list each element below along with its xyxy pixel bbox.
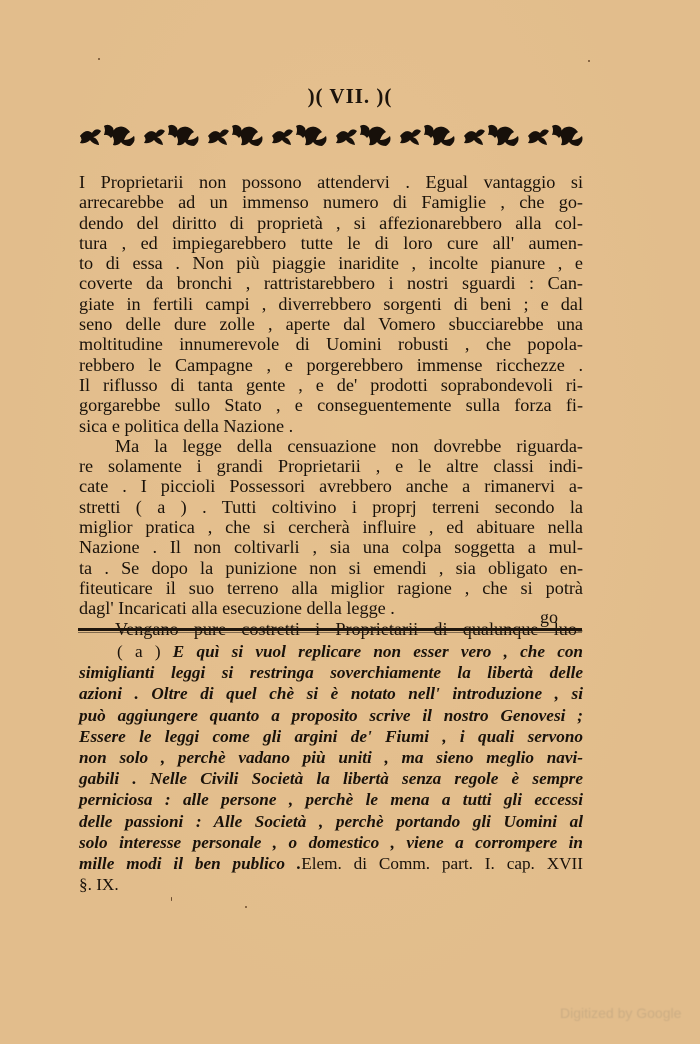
text-line: coverte da bronchi , rattristarebbero i … <box>79 273 583 293</box>
text-line: miglior pratica , che si cercherà influi… <box>79 517 583 537</box>
text-line: giate in fertili campi , diverrebbero so… <box>79 294 583 314</box>
book-page: )( VII. )( I Proprietarii non possono at… <box>0 0 700 1044</box>
footnote-line-with-citation: mille modi il ben publico .Elem. di Comm… <box>79 853 583 874</box>
main-text: I Proprietarii non possono attendervi . … <box>79 172 583 639</box>
footnote-citation: Elem. di Comm. part. I. cap. XVII <box>301 854 583 873</box>
text-line: seno delle dure zolle , aperte dal Vomer… <box>79 314 583 334</box>
text-line: gorgarebbe sullo Stato , e conseguenteme… <box>79 395 583 415</box>
page-number-header: )( VII. )( <box>0 84 700 109</box>
text-line: dendo del diritto di proprietà , si affe… <box>79 213 583 233</box>
paper-speck <box>171 897 172 901</box>
paper-speck <box>98 58 100 60</box>
footnote-line: può aggiungere quanto a proposito scrive… <box>79 705 583 726</box>
text-line-paragraph-start: Ma la legge della censuazione non dovreb… <box>79 436 583 456</box>
text-line: arrecarebbe ad un immenso numero di Fami… <box>79 192 583 212</box>
footnote-line: non solo , perchè vadano più uniti , ma … <box>79 747 583 768</box>
footnote-text: mille modi il ben publico . <box>79 854 301 873</box>
footnote-line: delle passioni : Alle Società , perchè p… <box>79 811 583 832</box>
footnote: ( a ) E quì si vuol replicare non esser … <box>79 641 583 895</box>
footnote-separator-rule-shadow <box>78 632 582 633</box>
footnote-line: Essere le leggi come gli argini de' Fium… <box>79 726 583 747</box>
text-line: to di essa . Non più piaggie inaridite ,… <box>79 253 583 273</box>
footnote-line: azioni . Oltre di quel chè si è notato n… <box>79 683 583 704</box>
footnote-marker: ( a ) <box>117 642 161 661</box>
footnote-text: E quì si vuol replicare non esser vero ,… <box>173 642 583 661</box>
text-line: tura , ed impiegarebbero tutte le di lor… <box>79 233 583 253</box>
footnote-line: gabili . Nelle Civili Società la libertà… <box>79 768 583 789</box>
text-line: Nazione . Il non coltivarli , sia una co… <box>79 537 583 557</box>
text-line: cate . I piccioli Possessori avrebbero a… <box>79 476 583 496</box>
text-line: rebbero le Campagne , e porgerebbero imm… <box>79 355 583 375</box>
footnote-line: simiglianti leggi si restringa soverchia… <box>79 662 583 683</box>
text-line: Il riflusso di tanta gente , e de' prodo… <box>79 375 583 395</box>
footnote-line-first: ( a ) E quì si vuol replicare non esser … <box>79 641 583 662</box>
fleuron-ornament-band <box>78 116 583 150</box>
catchword: go <box>540 607 558 628</box>
text-line: moltitudine innumerevole di Uomini robus… <box>79 334 583 354</box>
text-line: fiteuticare il suo terreno alla miglior … <box>79 578 583 598</box>
footnote-separator-rule <box>78 628 582 631</box>
text-line: I Proprietarii non possono attendervi . … <box>79 172 583 192</box>
text-line: sica e politica della Nazione . <box>79 416 583 436</box>
digitization-watermark: Digitized by Google <box>560 1005 681 1021</box>
text-line: ta . Se dopo la punizione non si emendi … <box>79 558 583 578</box>
footnote-line: solo interesse personale , o domestico ,… <box>79 832 583 853</box>
paper-speck <box>245 906 247 908</box>
text-line: re solamente i grandi Proprietarii , e l… <box>79 456 583 476</box>
text-line: stretti ( a ) . Tutti coltivino i proprj… <box>79 497 583 517</box>
footnote-citation-continued: §. IX. <box>79 874 583 895</box>
text-line: dagl' Incaricati alla esecuzione della l… <box>79 598 583 618</box>
paper-speck <box>588 60 590 62</box>
footnote-line: perniciosa : alle persone , perchè le me… <box>79 789 583 810</box>
